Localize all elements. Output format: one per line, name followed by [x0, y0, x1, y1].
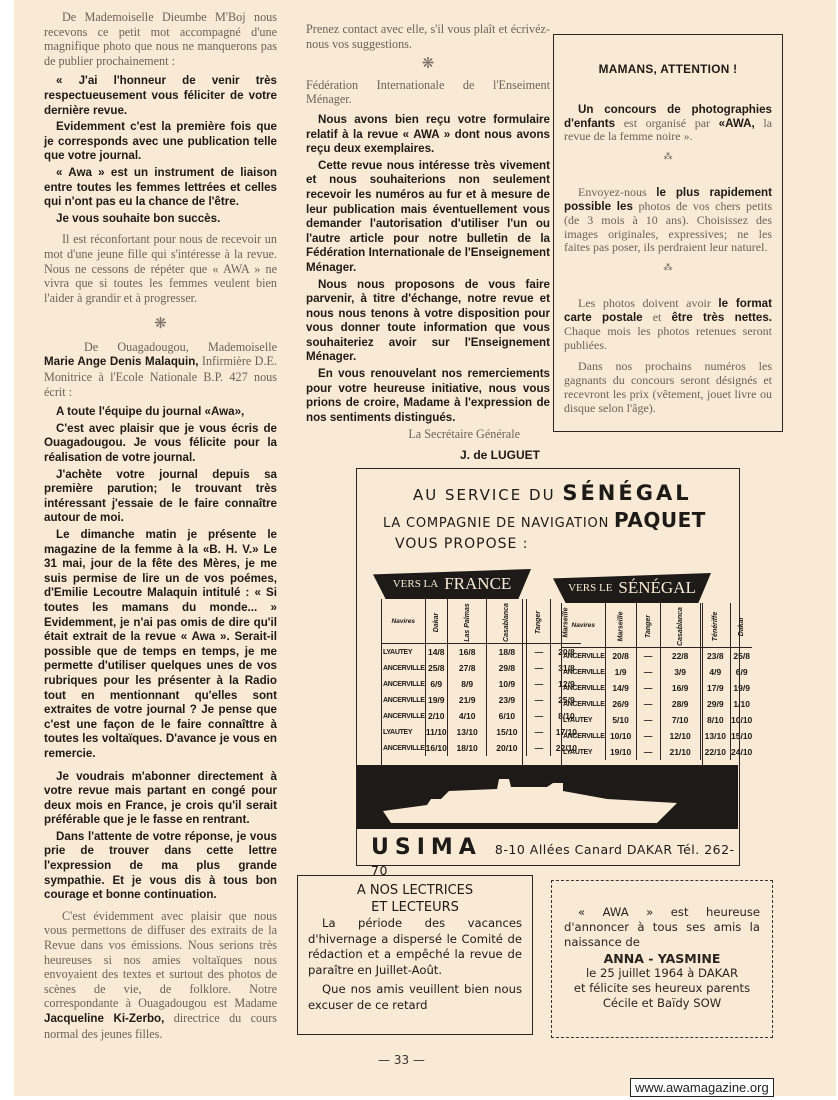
schedule-row: LYAUTEY19/10—21/1022/1024/10	[562, 744, 752, 760]
schedule-to-senegal: VERS LE SÉNÉGAL NaviresMarseilleTangerCa…	[553, 573, 711, 772]
contest-instructions: Envoyez-nous le plus rapidement possible…	[564, 186, 772, 255]
banner-to-france: VERS LA FRANCE	[373, 569, 531, 599]
ship-icon	[357, 765, 738, 829]
schedule-table-france: NaviresDakarLas PalmasCasablancaTangerMa…	[382, 599, 581, 756]
schedule-row: LYAUTEY5/10—7/108/1010/10	[562, 712, 752, 728]
readers-notice-title-1: A NOS LECTRICES	[308, 882, 522, 899]
asterism: ⁂	[564, 152, 772, 160]
advert-headline: AU SERVICE DU SÉNÉGAL	[413, 481, 692, 505]
schedule-header: Navires	[562, 603, 605, 648]
schedule-header: Casablanca	[487, 599, 527, 644]
schedule-row: ANCERVILLE6/98/910/9—12/9	[382, 676, 581, 692]
ship-silhouette-band	[357, 765, 738, 829]
schedule-header: Navires	[382, 599, 425, 644]
contact-text: Prenez contact avec elle, s'il vous plaî…	[306, 22, 550, 51]
advert-proposes: VOUS PROPOSE :	[395, 536, 529, 552]
schedule-row: ANCERVILLE20/8—22/823/825/8	[562, 648, 752, 665]
separator-asterisk: ❋	[44, 317, 277, 332]
schedule-header: Ténériffe	[700, 603, 730, 648]
birth-congrats: et félicite ses heureux parents	[564, 981, 760, 996]
readers-notice-title-2: ET LECTEURS	[308, 899, 522, 916]
column-middle: Prenez contact avec elle, s'il vous plaî…	[306, 22, 550, 463]
baby-name: ANNA - YASMINE	[564, 951, 760, 966]
schedule-to-france: VERS LA FRANCE NaviresDakarLas PalmasCas…	[373, 569, 531, 768]
schedule-row: ANCERVILLE2/104/106/10—8/10	[382, 708, 581, 724]
schedule-row: ANCERVILLE19/921/923/9—25/9	[382, 692, 581, 708]
schedule-header: Marseille	[605, 603, 636, 648]
intro-dieumbe: De Mademoiselle Dieumbe M'Boj nous recev…	[44, 10, 277, 68]
schedule-header: Tanger	[636, 603, 660, 648]
letter-dieumbe: « J'ai l'honneur de venir très respectue…	[44, 74, 277, 226]
reply-malaquin: C'est évidemment avec plaisir que nous v…	[44, 909, 277, 1041]
separator-asterisk: ❋	[306, 57, 550, 72]
schedule-row: ANCERVILLE26/9—28/929/91/10	[562, 696, 752, 712]
schedule-row: LYAUTEY14/816/818/8—20/8	[382, 644, 581, 661]
schedule-header: Las Palmas	[447, 599, 487, 644]
schedule-header: Casablanca	[660, 603, 700, 648]
contest-intro: Un concours de photographies d'enfants e…	[564, 103, 772, 144]
schedule-table-senegal: NaviresMarseilleTangerCasablancaTénériff…	[562, 603, 752, 760]
advert-company: LA COMPAGNIE DE NAVIGATION PAQUET	[383, 508, 706, 532]
website-link[interactable]: www.awamagazine.org	[630, 1078, 774, 1097]
column-left: De Mademoiselle Dieumbe M'Boj nous recev…	[44, 10, 277, 1047]
readers-notice-body: La période des vacances d'hivernage a di…	[308, 916, 522, 978]
schedule-row: ANCERVILLE16/1018/1020/10—22/10	[382, 740, 581, 756]
schedule-row: LYAUTEY11/1013/1015/10—17/10	[382, 724, 581, 740]
birth-date: le 25 juillet 1964 à DAKAR	[564, 966, 760, 981]
schedule-header: Dakar	[731, 603, 753, 648]
banner-to-senegal: VERS LE SÉNÉGAL	[553, 573, 711, 603]
contest-title: MAMANS, ATTENTION !	[564, 63, 772, 77]
schedule-row: ANCERVILLE10/10—12/1013/1015/10	[562, 728, 752, 744]
birth-parents: Cécile et Baïdy SOW	[564, 996, 760, 1011]
agent-brand: USIMA	[371, 835, 482, 860]
letter-federation: Nous avons bien reçu votre formulaire re…	[306, 113, 550, 425]
schedule-row: ANCERVILLE1/9—3/94/96/9	[562, 664, 752, 680]
asterism: ⁂	[564, 263, 772, 271]
schedule-row: ANCERVILLE14/9—16/917/919/9	[562, 680, 752, 696]
birth-intro: « AWA » est heureuse d'annoncer à tous s…	[564, 905, 760, 950]
reply-dieumbe: Il est réconfortant pour nous de recevoi…	[44, 232, 277, 305]
intro-federation: Fédération Internationale de l'Enseiment…	[306, 78, 550, 107]
schedule-header: Tanger	[527, 599, 551, 644]
signature-name: J. de LUGUET	[306, 448, 550, 463]
paquet-advert: AU SERVICE DU SÉNÉGAL LA COMPAGNIE DE NA…	[356, 468, 740, 866]
readers-notice-box: A NOS LECTRICES ET LECTEURS La période d…	[297, 875, 533, 1035]
schedule-header: Dakar	[425, 599, 447, 644]
contest-prizes: Dans nos prochains numéros les gagnants …	[564, 360, 772, 415]
birth-announcement-box: « AWA » est heureuse d'annoncer à tous s…	[551, 880, 773, 1038]
schedule-row: ANCERVILLE25/827/829/8—31/8	[382, 660, 581, 676]
letter-malaquin: A toute l'équipe du journal «Awa», C'est…	[44, 405, 277, 903]
readers-notice-apology: Que nos amis veuillent bien nous excuser…	[308, 982, 522, 1013]
page-number: — 33 —	[378, 1053, 425, 1067]
contest-format: Les photos doivent avoir le format carte…	[564, 297, 772, 352]
intro-malaquin: De Ouagadougou, Mademoiselle Marie Ange …	[44, 340, 277, 399]
agent-line: USIMA 8-10 Allées Canard DAKAR Tél. 262-…	[371, 835, 739, 879]
photo-contest-box: MAMANS, ATTENTION ! Un concours de photo…	[553, 34, 783, 432]
signature-title: La Secrétaire Générale	[306, 427, 550, 442]
